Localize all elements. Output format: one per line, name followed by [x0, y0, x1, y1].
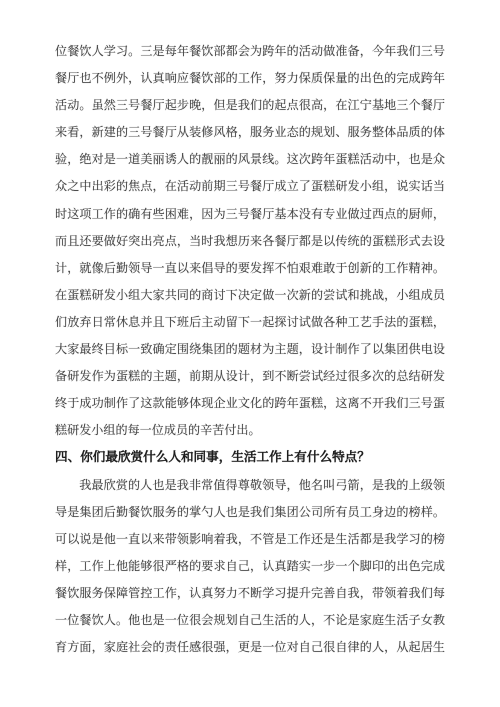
document-page: 位餐饮人学习。三是每年餐饮部都会为跨年的活动做准备，今年我们三号餐厅也不例外，认…	[0, 0, 500, 707]
text-line: 我最欣赏的人也是我非常值得尊敬领导，他名叫弓箭，是我的上级领	[55, 472, 445, 499]
text-line: 育方面，家庭社会的责任感很强，更是一位对自己很自律的人，从起居生	[55, 634, 445, 661]
text-line: 糕研发小组的每一位成员的辛苦付出。	[55, 417, 445, 444]
section-heading-question4: 四、你们最欣赏什么人和同事，生活工作上有什么特点？	[55, 444, 445, 471]
text-line: 位餐饮人学习。三是每年餐饮部都会为跨年的活动做准备，今年我们三号	[55, 38, 445, 65]
text-line: 验，绝对是一道美丽诱人的靓丽的风景线。这次跨年蛋糕活动中，也是众	[55, 146, 445, 173]
text-line: 一位餐饮人。他也是一位很会规划自己生活的人，不论是家庭生活子女教	[55, 607, 445, 634]
text-line: 而且还要做好突出亮点，当时我想历来各餐厅都是以传统的蛋糕形式去设	[55, 228, 445, 255]
text-line: 众之中出彩的焦点，在活动前期三号餐厅成立了蛋糕研发小组，说实话当	[55, 173, 445, 200]
paragraph-cake-activity: 位餐饮人学习。三是每年餐饮部都会为跨年的活动做准备，今年我们三号餐厅也不例外，认…	[55, 38, 445, 444]
text-line: 活动。虽然三号餐厅起步晚，但是我们的起点很高，在江宁基地三个餐厅	[55, 92, 445, 119]
text-line: 来看，新建的三号餐厅从装修风格，服务业态的规划、服务整体品质的体	[55, 119, 445, 146]
text-line: 样，工作上他能够很严格的要求自己，认真踏实一步一个脚印的出色完成	[55, 553, 445, 580]
text-line: 在蛋糕研发小组大家共同的商讨下决定做一次新的尝试和挑战，小组成员	[55, 282, 445, 309]
text-line: 餐饮服务保障管控工作，认真努力不断学习提升完善自我，带领着我们每	[55, 580, 445, 607]
paragraph-admired-person: 我最欣赏的人也是我非常值得尊敬领导，他名叫弓箭，是我的上级领导是集团后勤餐饮服务…	[55, 472, 445, 662]
text-line: 终于成功制作了这款能够体现企业文化的跨年蛋糕，这离不开我们三号蛋	[55, 390, 445, 417]
text-line: 备研发作为蛋糕的主题，前期从设计，到不断尝试经过很多次的总结研发	[55, 363, 445, 390]
text-line: 可以说是他一直以来带领影响着我，不管是工作还是生活都是我学习的榜	[55, 526, 445, 553]
text-line: 大家最终目标一致确定围绕集团的题材为主题，设计制作了以集团供电设	[55, 336, 445, 363]
text-line: 们放弃日常休息并且下班后主动留下一起探讨试做各种工艺手法的蛋糕，	[55, 309, 445, 336]
text-line: 餐厅也不例外，认真响应餐饮部的工作，努力保质保量的出色的完成跨年	[55, 65, 445, 92]
text-line: 时这项工作的确有些困难，因为三号餐厅基本没有专业做过西点的厨师，	[55, 201, 445, 228]
text-line: 计，就像后勤领导一直以来倡导的要发挥不怕艰难敢于创新的工作精神。	[55, 255, 445, 282]
text-line: 导是集团后勤餐饮服务的掌勺人也是我们集团公司所有员工身边的榜样。	[55, 499, 445, 526]
